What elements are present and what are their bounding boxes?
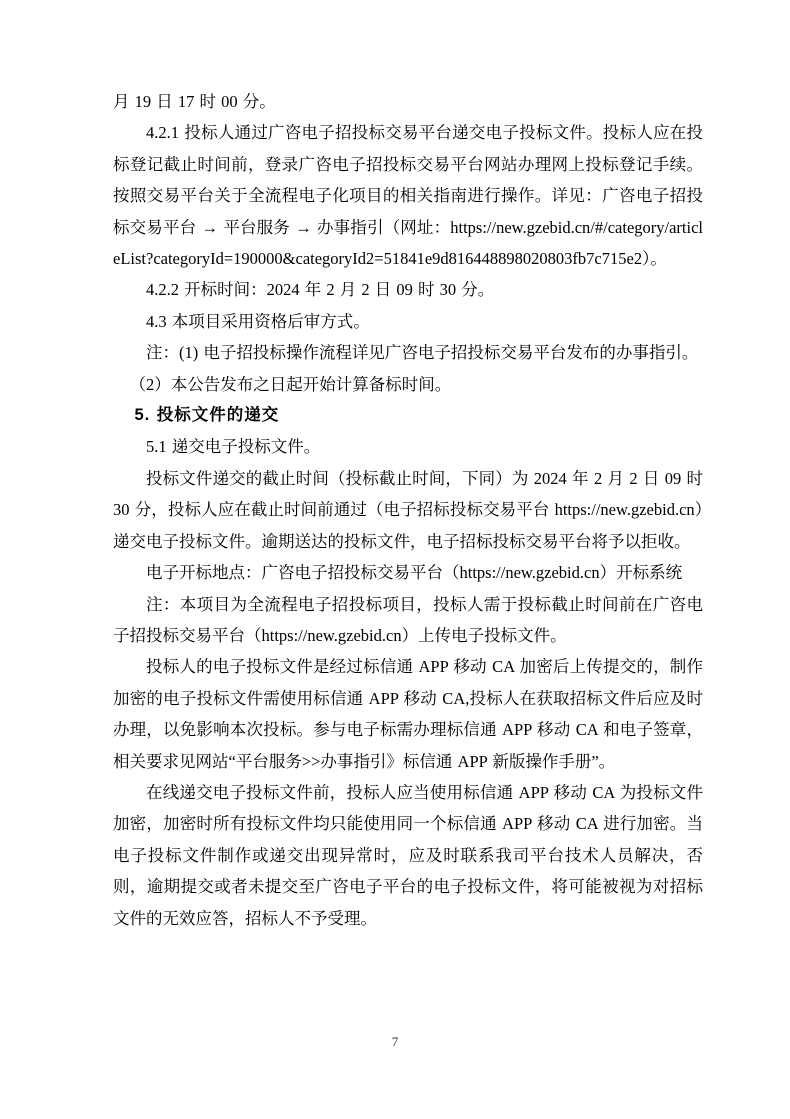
para-4-2-2: 4.2.2 开标时间：2024 年 2 月 2 日 09 时 30 分。 xyxy=(113,274,703,305)
para-5-1: 5.1 递交电子投标文件。 xyxy=(113,431,703,462)
para-online-submit: 在线递交电子投标文件前，投标人应当使用标信通 APP 移动 CA 为投标文件加密… xyxy=(113,777,703,934)
document-body: 月 19 日 17 时 00 分。4.2.1 投标人通过广咨电子招投标交易平台递… xyxy=(113,86,703,934)
note-1: 注：(1) 电子招投标操作流程详见广咨电子招投标交易平台发布的办事指引。 xyxy=(113,337,703,368)
note-full-process: 注：本项目为全流程电子招投标项目，投标人需于投标截止时间前在广咨电子招投标交易平… xyxy=(113,589,703,652)
para-4-2-1: 4.2.1 投标人通过广咨电子招投标交易平台递交电子投标文件。投标人应在投标登记… xyxy=(113,117,703,274)
note-2: （2）本公告发布之日起开始计算备标时间。 xyxy=(113,369,703,400)
para-4-3: 4.3 本项目采用资格后审方式。 xyxy=(113,306,703,337)
para-continuation: 月 19 日 17 时 00 分。 xyxy=(113,86,703,117)
page-number: 7 xyxy=(0,1034,790,1050)
para-ca-encrypt: 投标人的电子投标文件是经过标信通 APP 移动 CA 加密后上传提交的，制作加密… xyxy=(113,651,703,777)
para-submit-deadline: 投标文件递交的截止时间（投标截止时间，下同）为 2024 年 2 月 2 日 0… xyxy=(113,463,703,557)
heading-section-5: 5. 投标文件的递交 xyxy=(113,400,703,431)
para-open-location: 电子开标地点：广咨电子招投标交易平台（https://new.gzebid.cn… xyxy=(113,557,703,588)
document-page: 月 19 日 17 时 00 分。4.2.1 投标人通过广咨电子招投标交易平台递… xyxy=(0,0,790,1119)
